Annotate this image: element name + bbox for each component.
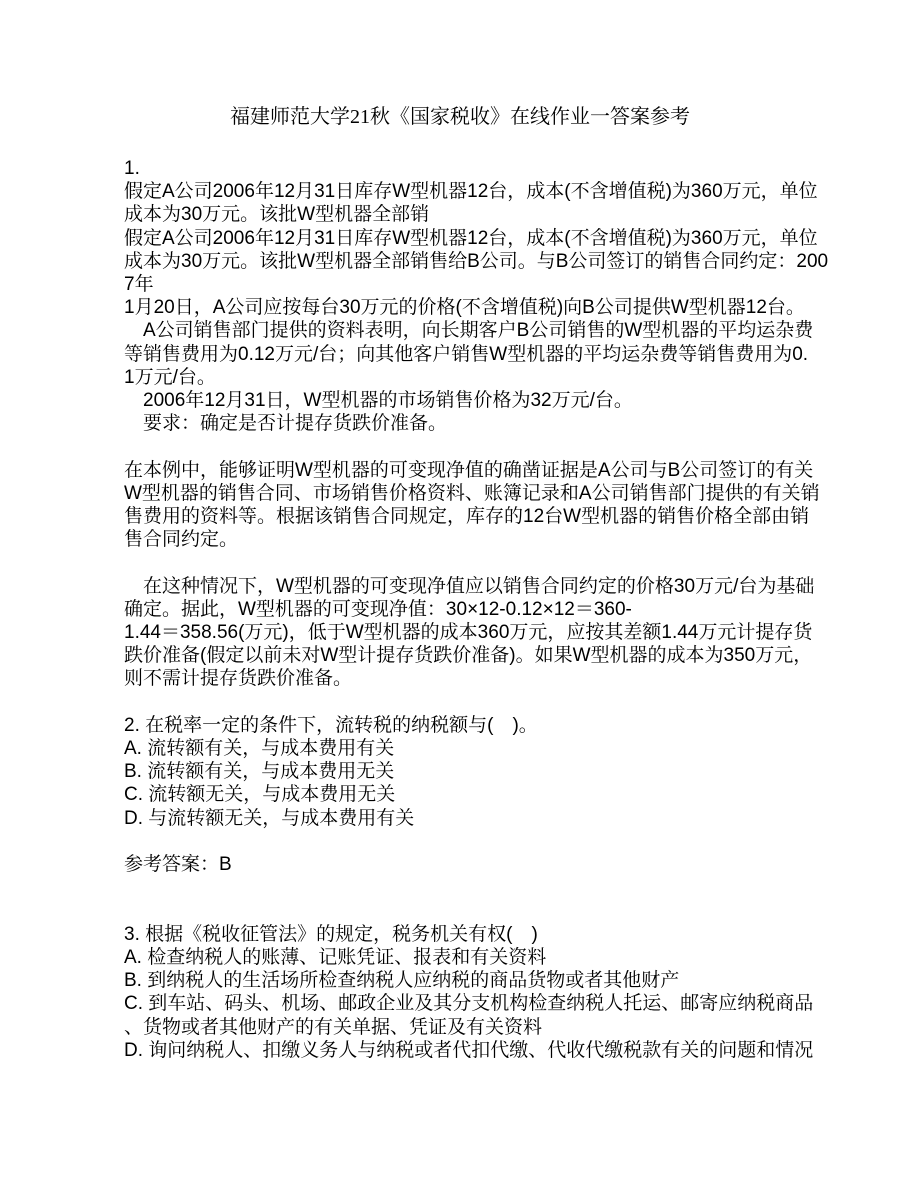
text-line: 假定A公司2006年12月31日库存W型机器12台，成本(不含增值税)为360万… [124,180,824,203]
text-line: 1月20日，A公司应按每台30万元的价格(不含增值税)向B公司提供W型机器12台… [124,296,824,319]
text-line: D. 询问纳税人、扣缴义务人与纳税或者代扣代缴、代收代缴税款有关的问题和情况 [124,1039,824,1062]
document-page: 福建师范大学21秋《国家税收》在线作业一答案参考 1.假定A公司2006年12月… [0,0,920,1191]
text-line: 2006年12月31日，W型机器的市场销售价格为32万元/台。 [124,389,824,412]
text-line: 售费用的资料等。根据该销售合同规定，库存的12台W型机器的销售价格全部由销 [124,505,824,528]
text-line [124,876,824,899]
text-line: C. 到车站、码头、机场、邮政企业及其分支机构检查纳税人托运、邮寄应纳税商品 [124,992,824,1015]
text-line: 2. 在税率一定的条件下，流转税的纳税额与( )。 [124,714,824,737]
text-line: 要求：确定是否计提存货跌价准备。 [124,412,824,435]
text-line: 则不需计提存货跌价准备。 [124,667,824,690]
text-line: 在这种情况下，W型机器的可变现净值应以销售合同约定的价格30万元/台为基础 [124,575,824,598]
text-line: 1万元/台。 [124,366,824,389]
text-line: 7年 [124,273,824,296]
document-body: 1.假定A公司2006年12月31日库存W型机器12台，成本(不含增值税)为36… [124,157,824,1062]
text-line: B. 流转额有关，与成本费用无关 [124,760,824,783]
text-line [124,551,824,574]
text-line [124,691,824,714]
text-line: C. 流转额无关，与成本费用无关 [124,783,824,806]
text-line: A. 检查纳税人的账薄、记账凭证、报表和有关资料 [124,946,824,969]
text-line: 1. [124,157,824,180]
text-line: 3. 根据《税收征管法》的规定，税务机关有权( ) [124,923,824,946]
document-title: 福建师范大学21秋《国家税收》在线作业一答案参考 [0,104,920,130]
text-line: D. 与流转额无关，与成本费用有关 [124,807,824,830]
text-line: 在本例中，能够证明W型机器的可变现净值的确凿证据是A公司与B公司签订的有关 [124,459,824,482]
text-line: 参考答案：B [124,853,824,876]
text-line: 1.44＝358.56(万元)，低于W型机器的成本360万元，应按其差额1.44… [124,621,824,644]
text-line [124,900,824,923]
text-line: 等销售费用为0.12万元/台；向其他客户销售W型机器的平均运杂费等销售费用为0. [124,343,824,366]
text-line: 售合同约定。 [124,528,824,551]
text-line: A公司销售部门提供的资料表明，向长期客户B公司销售的W型机器的平均运杂费 [124,319,824,342]
text-line: 、货物或者其他财产的有关单据、凭证及有关资料 [124,1016,824,1039]
text-line: 跌价准备(假定以前未对W型计提存货跌价准备)。如果W型机器的成本为350万元， [124,644,824,667]
text-line [124,830,824,853]
text-line: A. 流转额有关，与成本费用有关 [124,737,824,760]
text-line: 成本为30万元。该批W型机器全部销 [124,203,824,226]
text-line: 成本为30万元。该批W型机器全部销售给B公司。与B公司签订的销售合同约定：200 [124,250,824,273]
text-line: B. 到纳税人的生活场所检查纳税人应纳税的商品货物或者其他财产 [124,969,824,992]
text-line [124,435,824,458]
text-line: W型机器的销售合同、市场销售价格资料、账簿记录和A公司销售部门提供的有关销 [124,482,824,505]
text-line: 确定。据此，W型机器的可变现净值：30×12-0.12×12＝360- [124,598,824,621]
text-line: 假定A公司2006年12月31日库存W型机器12台，成本(不含增值税)为360万… [124,227,824,250]
